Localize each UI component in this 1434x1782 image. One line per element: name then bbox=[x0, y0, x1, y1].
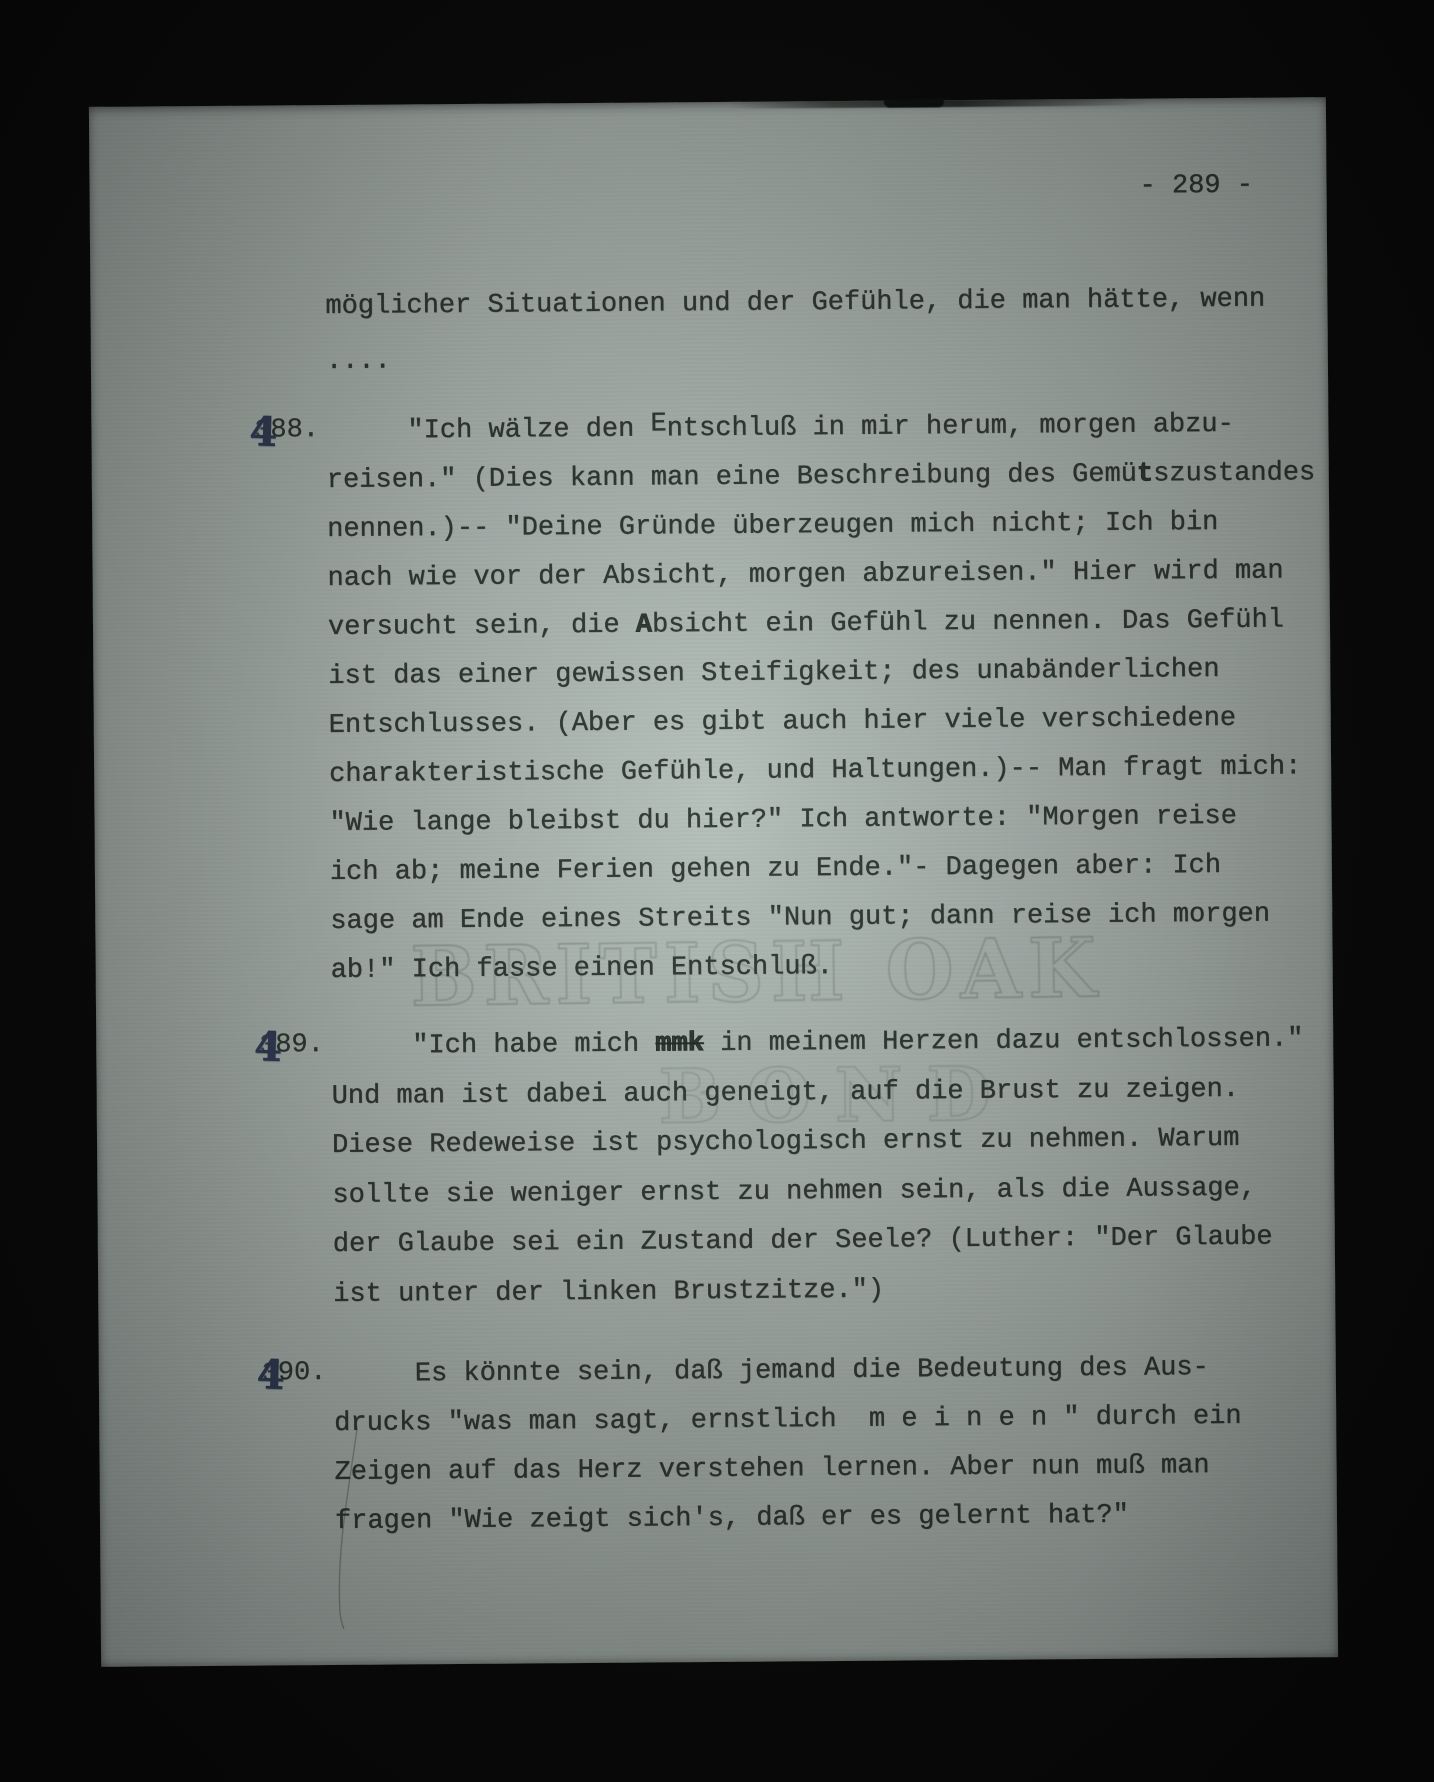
section-text-line: ist unter der linken Brustzitze.") bbox=[333, 1274, 884, 1312]
page-number: - 289 - bbox=[1139, 171, 1253, 202]
section-text-line: fragen "Wie zeigt sich's, daß er es gele… bbox=[335, 1499, 1129, 1539]
section-text-line: "Ich wälze den Entschluß in mir herum, m… bbox=[326, 408, 1234, 449]
intro-line: möglicher Situationen und der Gefühle, d… bbox=[325, 283, 1265, 324]
text-segment: Zeigen auf das Herz verstehen lernen. Ab… bbox=[335, 1451, 1210, 1488]
raised-text: E bbox=[650, 409, 666, 439]
overtyped-text: A bbox=[636, 610, 652, 640]
text-segment: ab!" Ich fasse einen Entschluß. bbox=[331, 952, 834, 986]
text-segment: bsicht ein Gefühl zu nennen. Das Gefühl bbox=[652, 606, 1284, 641]
section-text-line: sage am Ende eines Streits "Nun gut; dan… bbox=[330, 898, 1270, 939]
text-segment: Diese Redeweise ist psychologisch ernst … bbox=[332, 1124, 1240, 1161]
screenshot-root: { "page": { "page_number": "- 289 -", "p… bbox=[0, 0, 1434, 1782]
section-text-line: Zeigen auf das Herz verstehen lernen. Ab… bbox=[334, 1449, 1209, 1490]
section-text-line: Es könnte sein, daß jemand die Bedeutung… bbox=[334, 1351, 1209, 1392]
section-text-line: ab!" Ich fasse einen Entschluß. bbox=[331, 950, 834, 988]
struck-text: mmk bbox=[655, 1029, 704, 1059]
text-segment: szustandes bbox=[1153, 458, 1315, 489]
intro-line: .... bbox=[326, 345, 391, 380]
paper-top-edge-notch bbox=[884, 99, 944, 107]
text-segment: "Wie lange bleibst du hier?" Ich antwort… bbox=[329, 802, 1237, 839]
section-text-line: "Wie lange bleibst du hier?" Ich antwort… bbox=[329, 800, 1237, 841]
text-segment: charakteristische Gefühle, und Haltungen… bbox=[329, 752, 1301, 790]
section-text-line: charakteristische Gefühle, und Haltungen… bbox=[329, 750, 1301, 792]
text-segment: "Ich wälze den bbox=[326, 414, 650, 447]
overtyped-text: t bbox=[1137, 460, 1153, 490]
section-text-line: versucht sein, die Absicht ein Gefühl zu… bbox=[328, 604, 1284, 646]
section-text-line: nach wie vor der Absicht, morgen abzurei… bbox=[327, 555, 1283, 597]
section-text-line: reisen." (Dies kann man eine Beschreibun… bbox=[327, 456, 1316, 498]
text-segment: nach wie vor der Absicht, morgen abzurei… bbox=[327, 557, 1283, 595]
section-text-line: der Glaube sei ein Zustand der Seele? (L… bbox=[333, 1221, 1273, 1262]
text-segment: nennen.)-- "Deine Gründe überzeugen mich… bbox=[327, 508, 1218, 545]
text-segment: ich ab; meine Ferien gehen zu Ende."- Da… bbox=[330, 851, 1221, 888]
text-segment: möglicher Situationen und der Gefühle, d… bbox=[325, 285, 1265, 322]
text-segment: ntschluß in mir herum, morgen abzu- bbox=[667, 410, 1234, 444]
handwritten-correction-digit: 4 bbox=[256, 1351, 285, 1399]
text-segment: .... bbox=[326, 347, 391, 378]
text-segment: ist unter der linken Brustzitze.") bbox=[333, 1276, 884, 1310]
text-segment: Es könnte sein, daß jemand die Bedeutung… bbox=[334, 1353, 1209, 1390]
handwritten-correction-digit: 4 bbox=[254, 1023, 283, 1071]
handwritten-correction-digit: 4 bbox=[249, 408, 278, 456]
text-segment: Entschlusses. (Aber es gibt auch hier vi… bbox=[329, 704, 1237, 741]
section-text-line: ist das einer gewissen Steifigkeit; des … bbox=[328, 653, 1219, 694]
section-text-line: ich ab; meine Ferien gehen zu Ende."- Da… bbox=[330, 849, 1221, 890]
text-segment: "Ich habe mich bbox=[331, 1029, 655, 1062]
text-segment: der Glaube sei ein Zustand der Seele? (L… bbox=[333, 1223, 1273, 1260]
section-number: 3488. bbox=[253, 415, 319, 446]
text-segment: reisen." (Dies kann man eine Beschreibun… bbox=[327, 460, 1137, 496]
section-text-line: "Ich habe mich mmk in meinem Herzen dazu… bbox=[331, 1022, 1303, 1064]
section-text-line: Und man ist dabei auch geneigt, auf die … bbox=[332, 1072, 1240, 1113]
text-segment: sage am Ende eines Streits "Nun gut; dan… bbox=[330, 900, 1270, 937]
section-text-line: Entschlusses. (Aber es gibt auch hier vi… bbox=[329, 702, 1237, 743]
text-segment: versucht sein, die bbox=[328, 611, 636, 643]
section-text-line: drucks "was man sagt, ernstlich m e i n … bbox=[334, 1400, 1242, 1441]
section-number: 3489. bbox=[258, 1030, 324, 1061]
text-segment: sollte sie weniger ernst zu nehmen sein,… bbox=[332, 1174, 1256, 1211]
text-segment: fragen "Wie zeigt sich's, daß er es gele… bbox=[335, 1501, 1129, 1537]
section-text-line: Diese Redeweise ist psychologisch ernst … bbox=[332, 1122, 1240, 1163]
text-segment: Und man ist dabei auch geneigt, auf die … bbox=[332, 1074, 1240, 1111]
document-page: BRITISH OAK BOND - 289 - möglicher Situa… bbox=[89, 97, 1338, 1667]
section-number: 3490. bbox=[261, 1358, 327, 1389]
text-segment: drucks "was man sagt, ernstlich m e i n … bbox=[334, 1402, 1242, 1439]
section-text-line: nennen.)-- "Deine Gründe überzeugen mich… bbox=[327, 506, 1218, 547]
text-segment: in meinem Herzen dazu entschlossen." bbox=[704, 1024, 1304, 1059]
text-segment: ist das einer gewissen Steifigkeit; des … bbox=[328, 655, 1219, 692]
section-text-line: sollte sie weniger ernst zu nehmen sein,… bbox=[332, 1172, 1256, 1213]
